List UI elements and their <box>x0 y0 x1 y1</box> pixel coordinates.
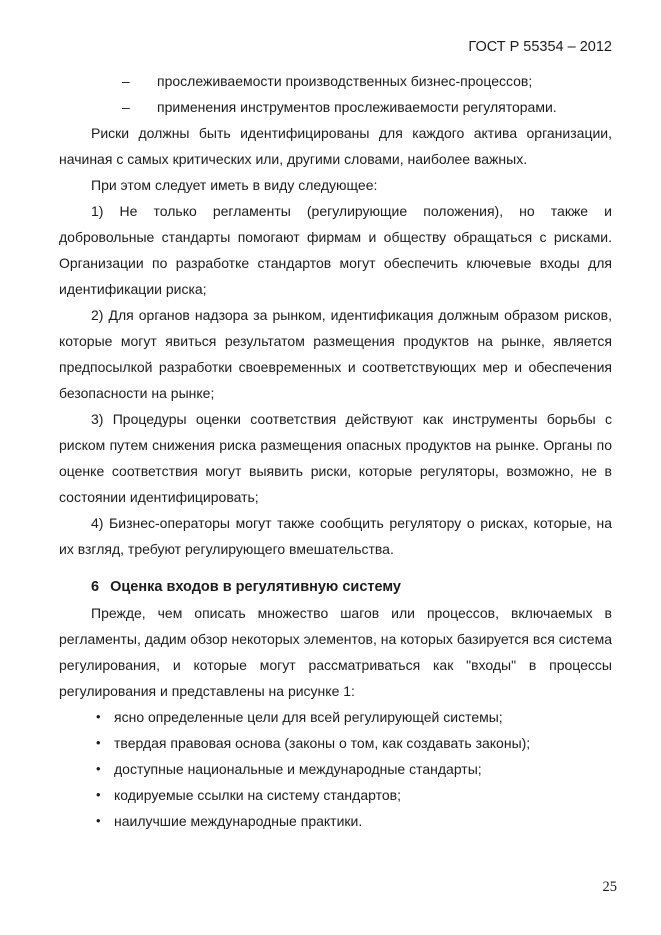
section-title: Оценка входов в регулятивную систему <box>110 579 401 595</box>
paragraph: При этом следует иметь в виду следующее: <box>59 172 612 198</box>
paragraph: 3) Процедуры оценки соответствия действу… <box>59 406 612 510</box>
bullet-item-text: кодируемые ссылки на систему стандартов; <box>114 782 612 808</box>
dash-marker: – <box>122 68 157 94</box>
bullet-list-item: • доступные национальные и международные… <box>59 756 612 782</box>
paragraph-group-section: Прежде, чем описать множество шагов или … <box>59 600 612 704</box>
paragraph: 2) Для органов надзора за рынком, иденти… <box>59 302 612 406</box>
dash-marker: – <box>122 94 157 120</box>
paragraph: 1) Не только регламенты (регулирующие по… <box>59 198 612 302</box>
bullet-marker: • <box>96 808 114 834</box>
section-heading: 6Оценка входов в регулятивную систему <box>59 574 612 600</box>
section-number: 6 <box>91 579 99 595</box>
bullet-marker: • <box>96 782 114 808</box>
paragraph: Прежде, чем описать множество шагов или … <box>59 600 612 704</box>
standard-code: ГОСТ Р 55354 – 2012 <box>468 39 612 55</box>
paragraph: 4) Бизнес-операторы могут также сообщить… <box>59 510 612 562</box>
page-number: 25 <box>603 879 618 895</box>
bullet-list: • ясно определенные цели для всей регули… <box>59 704 612 834</box>
paragraph-group-risks: Риски должны быть идентифицированы для к… <box>59 120 612 562</box>
dash-item-text: применения инструментов прослеживаемости… <box>157 94 612 120</box>
bullet-item-text: доступные национальные и международные с… <box>114 756 612 782</box>
bullet-list-item: • твердая правовая основа (законы о том,… <box>59 730 612 756</box>
bullet-marker: • <box>96 704 114 730</box>
dash-item-text: прослеживаемости производственных бизнес… <box>157 68 612 94</box>
dash-list: – прослеживаемости производственных бизн… <box>59 68 612 120</box>
bullet-list-item: • кодируемые ссылки на систему стандарто… <box>59 782 612 808</box>
bullet-list-item: • наилучшие международные практики. <box>59 808 612 834</box>
document-body: – прослеживаемости производственных бизн… <box>59 68 612 834</box>
bullet-marker: • <box>96 756 114 782</box>
bullet-marker: • <box>96 730 114 756</box>
document-page: ГОСТ Р 55354 – 2012 – прослеживаемости п… <box>0 0 661 935</box>
document-header: ГОСТ Р 55354 – 2012 <box>59 37 612 57</box>
bullet-item-text: наилучшие международные практики. <box>114 808 612 834</box>
bullet-item-text: твердая правовая основа (законы о том, к… <box>114 730 612 756</box>
bullet-list-item: • ясно определенные цели для всей регули… <box>59 704 612 730</box>
dash-list-item: – применения инструментов прослеживаемос… <box>59 94 612 120</box>
paragraph: Риски должны быть идентифицированы для к… <box>59 120 612 172</box>
bullet-item-text: ясно определенные цели для всей регулиру… <box>114 704 612 730</box>
dash-list-item: – прослеживаемости производственных бизн… <box>59 68 612 94</box>
